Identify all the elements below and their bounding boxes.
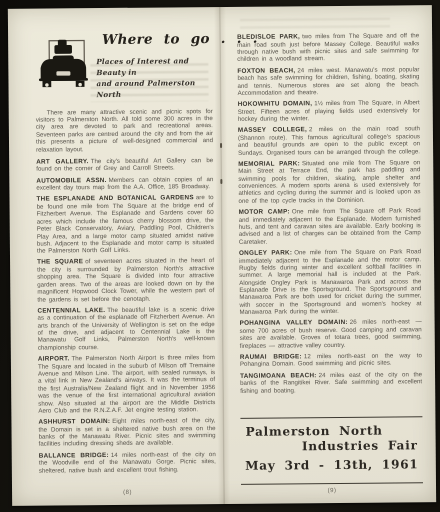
section: ONGLEY PARK:One mile from The Square on … xyxy=(239,248,422,316)
section-body: One mile from The Square on Park Road im… xyxy=(239,248,421,316)
section: FOXTON BEACH,24 miles west. Manawatu's m… xyxy=(237,66,419,97)
section-heading: BALLANCE BRIDGE: xyxy=(39,452,109,460)
page-number-left: (8) xyxy=(39,489,216,497)
section-heading: AIRPORT. xyxy=(38,355,70,362)
vintage-car-icon xyxy=(35,36,91,90)
booklet-spread: Where to go . . . Places of Interest and… xyxy=(8,5,436,506)
section-heading: MASSEY COLLEGE, xyxy=(238,126,307,134)
subtitle-line-2: and around Palmerston North xyxy=(96,77,212,100)
section-heading: MOTOR CAMP: xyxy=(239,208,290,215)
left-page: Where to go . . . Places of Interest and… xyxy=(8,7,224,506)
page-subtitle: Places of Interest and Beauty in and aro… xyxy=(96,55,212,101)
section: BALLANCE BRIDGE:14 miles north-east of t… xyxy=(39,451,216,475)
section-heading: THE SQUARE xyxy=(37,259,83,266)
right-page: BLEDISLOE PARK,two miles from The Square… xyxy=(220,5,436,504)
left-sections: ART GALLERY.The city's beautiful Art Gal… xyxy=(36,157,216,478)
page-title: Where to go . . . xyxy=(96,31,212,48)
section-heading: ASHHURST DOMAIN: xyxy=(38,418,110,426)
section-heading: AUTOMOBILE ASSN. xyxy=(36,177,106,185)
notice-line-1: Palmerston North xyxy=(243,424,419,439)
section: MASSEY COLLEGE,2 miles on the main road … xyxy=(238,125,420,156)
section: CENTENNIAL LAKE.The beautiful lake is a … xyxy=(37,306,214,352)
print-bleed-through xyxy=(240,18,390,29)
staple xyxy=(220,143,222,148)
intro-paragraph: There are many attractive scenic and pic… xyxy=(36,108,213,154)
section-heading: BLEDISLOE PARK, xyxy=(237,33,300,41)
photo-of-booklet: { "colors": { "photo_background": "#1513… xyxy=(0,0,440,512)
section: ART GALLERY.The city's beautiful Art Gal… xyxy=(36,157,213,174)
section-heading: FOXTON BEACH, xyxy=(237,67,295,75)
notice-line-3: May 3rd - 13th, 1961 xyxy=(244,458,420,473)
section: THE ESPLANADE AND BOTANICAL GARDENSare t… xyxy=(36,195,214,256)
section: POHANGINA VALLEY DOMAIN:26 miles north-e… xyxy=(240,319,422,350)
section-body: The Palmerston North Airport is three mi… xyxy=(38,354,215,414)
section: MEMORIAL PARK:Situated one mile from The… xyxy=(238,159,420,205)
section-heading: MEMORIAL PARK: xyxy=(238,160,300,168)
section-body: are to be found one mile from The Square… xyxy=(37,195,214,255)
section: THE SQUAREof seventeen acres situated in… xyxy=(37,258,214,304)
section-heading: TANGIMOANA BEACH: xyxy=(240,372,317,380)
page-header: Where to go . . . Places of Interest and… xyxy=(35,31,213,101)
title-block: Where to go . . . Places of Interest and… xyxy=(96,31,213,101)
industries-fair-notice: Palmerston North Industries Fair May 3rd… xyxy=(240,416,423,485)
subtitle-line-1: Places of Interest and Beauty in xyxy=(96,55,212,78)
section: RAUMAI BRIDGE:12 miles north-east on the… xyxy=(240,352,422,369)
section: HOKOWHITU DOMAIN,1½ miles from The Squar… xyxy=(238,99,420,123)
section: BLEDISLOE PARK,two miles from The Square… xyxy=(237,32,419,63)
section: AIRPORT.The Palmerston North Airport is … xyxy=(38,354,216,415)
right-sections: BLEDISLOE PARK,two miles from The Square… xyxy=(237,32,422,398)
section-heading: HOKOWHITU DOMAIN, xyxy=(238,100,313,108)
section-heading: ONGLEY PARK: xyxy=(239,249,292,256)
section: TANGIMOANA BEACH:24 miles east of the ci… xyxy=(240,371,422,395)
section-heading: ART GALLERY. xyxy=(36,158,89,165)
section: AUTOMOBILE ASSN.Members can obtain copie… xyxy=(36,176,213,193)
section-heading: RAUMAI BRIDGE: xyxy=(240,353,302,361)
section: ASHHURST DOMAIN:Eight miles north-east o… xyxy=(38,417,215,448)
staple xyxy=(220,179,222,184)
notice-line-2: Industries Fair xyxy=(244,440,420,455)
page-number-right: (9) xyxy=(241,487,423,495)
section: MOTOR CAMP:One mile from The Square off … xyxy=(239,207,421,246)
section-heading: CENTENNIAL LAKE. xyxy=(37,307,105,315)
